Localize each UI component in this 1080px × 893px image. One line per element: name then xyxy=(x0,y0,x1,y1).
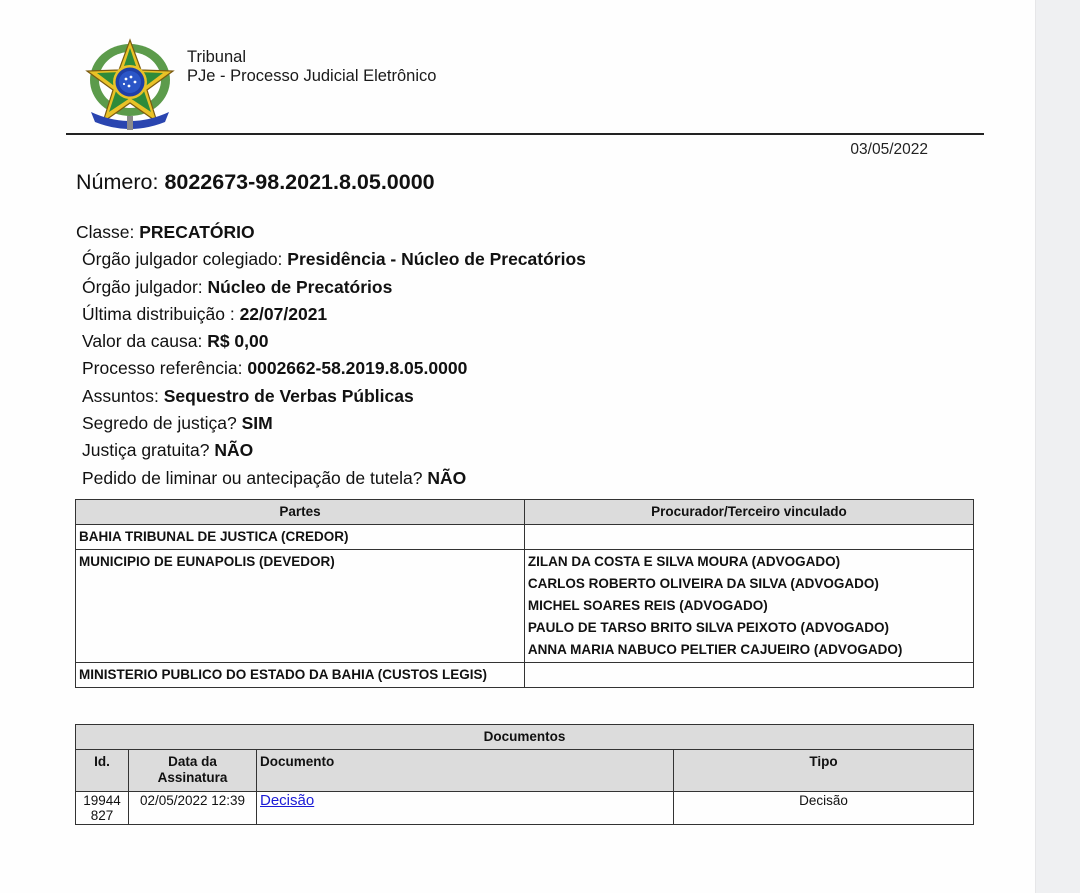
documentos-title-row: Documentos xyxy=(76,725,974,750)
doc-date-cell: 02/05/2022 12:39 xyxy=(129,792,257,825)
procurador-header: Procurador/Terceiro vinculado xyxy=(524,500,973,525)
field-processo-referencia: Processo referência: 0002662-58.2019.8.0… xyxy=(76,355,586,382)
partes-header-row: Partes Procurador/Terceiro vinculado xyxy=(76,500,974,525)
procurador-cell xyxy=(524,525,973,550)
id-header: Id. xyxy=(76,750,129,792)
procurador-cell xyxy=(524,663,973,688)
field-ultima-distribuicao: Última distribuição : 22/07/2021 xyxy=(76,301,586,328)
data-assinatura-header: Data daAssinatura xyxy=(129,750,257,792)
procurador-item: MICHEL SOARES REIS (ADVOGADO) xyxy=(528,595,970,617)
partes-table: Partes Procurador/Terceiro vinculado BAH… xyxy=(75,499,974,688)
process-number: Número: 8022673-98.2021.8.05.0000 xyxy=(76,170,435,195)
tipo-header: Tipo xyxy=(674,750,974,792)
field-orgao-julgador: Órgão julgador: Núcleo de Precatórios xyxy=(76,274,586,301)
partes-header: Partes xyxy=(76,500,525,525)
parte-cell: MUNICIPIO DE EUNAPOLIS (DEVEDOR) xyxy=(76,550,525,663)
table-row: MUNICIPIO DE EUNAPOLIS (DEVEDOR) ZILAN D… xyxy=(76,550,974,663)
process-fields: Classe: PRECATÓRIO Órgão julgador colegi… xyxy=(76,219,586,492)
doc-id-cell: 19944827 xyxy=(76,792,129,825)
field-justica-gratuita: Justiça gratuita? NÃO xyxy=(76,437,586,464)
parte-cell: MINISTERIO PUBLICO DO ESTADO DA BAHIA (C… xyxy=(76,663,525,688)
documentos-table: Documentos Id. Data daAssinatura Documen… xyxy=(75,724,974,825)
field-valor-causa: Valor da causa: R$ 0,00 xyxy=(76,328,586,355)
procurador-item: ANNA MARIA NABUCO PELTIER CAJUEIRO (ADVO… xyxy=(528,639,970,661)
process-number-label: Número: xyxy=(76,170,158,194)
header-divider xyxy=(66,133,984,135)
document-link[interactable]: Decisão xyxy=(260,792,314,809)
documentos-title: Documentos xyxy=(76,725,974,750)
parte-cell: BAHIA TRIBUNAL DE JUSTICA (CREDOR) xyxy=(76,525,525,550)
viewer-side-gutter xyxy=(1035,0,1080,893)
field-classe: Classe: PRECATÓRIO xyxy=(76,219,586,246)
table-row: MINISTERIO PUBLICO DO ESTADO DA BAHIA (C… xyxy=(76,663,974,688)
procurador-cell: ZILAN DA COSTA E SILVA MOURA (ADVOGADO) … xyxy=(524,550,973,663)
documento-header: Documento xyxy=(257,750,674,792)
header-title-block: Tribunal PJe - Processo Judicial Eletrôn… xyxy=(187,48,436,86)
field-orgao-colegiado: Órgão julgador colegiado: Presidência - … xyxy=(76,246,586,273)
document-date: 03/05/2022 xyxy=(850,141,928,159)
field-segredo-justica: Segredo de justiça? SIM xyxy=(76,410,586,437)
procurador-item: ZILAN DA COSTA E SILVA MOURA (ADVOGADO) xyxy=(528,551,970,573)
brazil-coat-of-arms-icon xyxy=(85,38,175,132)
doc-name-cell: Decisão xyxy=(257,792,674,825)
field-assuntos: Assuntos: Sequestro de Verbas Públicas xyxy=(76,383,586,410)
documentos-header-row: Id. Data daAssinatura Documento Tipo xyxy=(76,750,974,792)
header-system: PJe - Processo Judicial Eletrônico xyxy=(187,67,436,86)
table-row: BAHIA TRIBUNAL DE JUSTICA (CREDOR) xyxy=(76,525,974,550)
process-number-value: 8022673-98.2021.8.05.0000 xyxy=(164,170,434,194)
document-page: Tribunal PJe - Processo Judicial Eletrôn… xyxy=(0,0,1035,893)
doc-tipo-cell: Decisão xyxy=(674,792,974,825)
field-pedido-liminar: Pedido de liminar ou antecipação de tute… xyxy=(76,465,586,492)
procurador-item: PAULO DE TARSO BRITO SILVA PEIXOTO (ADVO… xyxy=(528,617,970,639)
procurador-item: CARLOS ROBERTO OLIVEIRA DA SILVA (ADVOGA… xyxy=(528,573,970,595)
header-org: Tribunal xyxy=(187,48,436,67)
table-row: 19944827 02/05/2022 12:39 Decisão Decisã… xyxy=(76,792,974,825)
